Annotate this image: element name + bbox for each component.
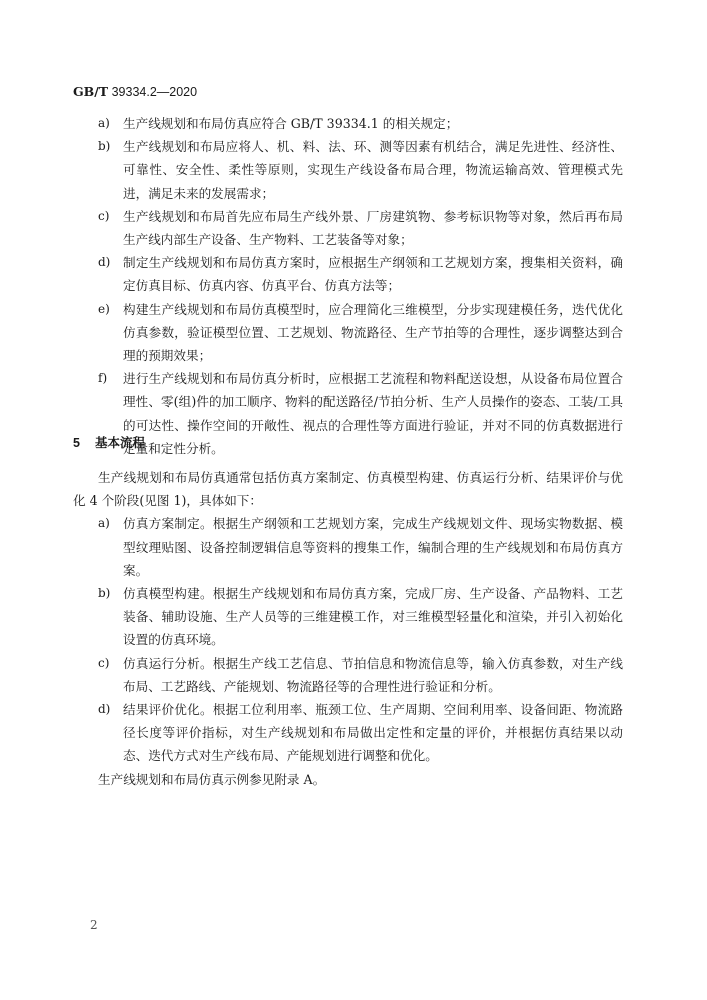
list-item: a) 仿真方案制定。根据生产纲领和工艺规划方案，完成生产线规划文件、现场实物数据… xyxy=(73,512,623,582)
list-item: d) 制定生产线规划和布局仿真方案时，应根据生产纲领和工艺规划方案，搜集相关资料… xyxy=(73,251,623,297)
list-marker: f) xyxy=(98,367,107,390)
section-heading: 5基本流程 xyxy=(73,433,145,451)
list-marker: d) xyxy=(98,251,110,274)
list-item-text: 生产线规划和布局应将人、机、料、法、环、测等因素有机结合，满足先进性、经济性、可… xyxy=(123,139,623,200)
list-item: f) 进行生产线规划和布局仿真分析时，应根据工艺流程和物料配送设想，从设备布局位… xyxy=(73,367,623,460)
requirements-list: a) 生产线规划和布局仿真应符合 GB/T 39334.1 的相关规定； b) … xyxy=(73,112,623,460)
standard-prefix: GB/T xyxy=(73,84,108,99)
intro-paragraph: 生产线规划和布局仿真通常包括仿真方案制定、仿真模型构建、仿真运行分析、结果评价与… xyxy=(73,466,623,512)
list-marker: c) xyxy=(98,205,109,228)
list-item-text: 构建生产线规划和布局仿真模型时，应合理简化三维模型，分步实现建模任务，迭代优化仿… xyxy=(123,302,623,363)
list-item-text: 仿真运行分析。根据生产线工艺信息、节拍信息和物流信息等，输入仿真参数，对生产线布… xyxy=(123,656,623,694)
list-item-text: 制定生产线规划和布局仿真方案时，应根据生产纲领和工艺规划方案，搜集相关资料，确定… xyxy=(123,255,623,293)
list-item-text: 生产线规划和布局仿真应符合 GB/T 39334.1 的相关规定； xyxy=(123,116,458,131)
section-title: 基本流程 xyxy=(95,436,145,450)
list-marker: d) xyxy=(98,698,110,721)
page-number: 2 xyxy=(90,918,98,932)
section-number: 5 xyxy=(73,436,95,450)
list-item: c) 仿真运行分析。根据生产线工艺信息、节拍信息和物流信息等，输入仿真参数，对生… xyxy=(73,652,623,698)
list-marker: b) xyxy=(98,135,110,158)
list-item-text: 仿真模型构建。根据生产线规划和布局仿真方案，完成厂房、生产设备、产品物料、工艺装… xyxy=(123,586,623,647)
list-marker: a) xyxy=(98,112,110,135)
list-item: b) 仿真模型构建。根据生产线规划和布局仿真方案，完成厂房、生产设备、产品物料、… xyxy=(73,582,623,652)
list-item: e) 构建生产线规划和布局仿真模型时，应合理简化三维模型，分步实现建模任务，迭代… xyxy=(73,298,623,368)
list-marker: e) xyxy=(98,298,110,321)
standard-number: 39334.2—2020 xyxy=(112,85,198,99)
list-item: c) 生产线规划和布局首先应布局生产线外景、厂房建筑物、参考标识物等对象，然后再… xyxy=(73,205,623,251)
section-body: 生产线规划和布局仿真通常包括仿真方案制定、仿真模型构建、仿真运行分析、结果评价与… xyxy=(73,466,623,791)
standard-header: GB/T 39334.2—2020 xyxy=(73,84,197,99)
list-marker: b) xyxy=(98,582,110,605)
list-item-text: 进行生产线规划和布局仿真分析时，应根据工艺流程和物料配送设想，从设备布局位置合理… xyxy=(123,371,623,456)
list-item-text: 结果评价优化。根据工位利用率、瓶颈工位、生产周期、空间利用率、设备间距、物流路径… xyxy=(123,702,623,763)
list-marker: a) xyxy=(98,512,110,535)
list-marker: c) xyxy=(98,652,109,675)
closing-paragraph: 生产线规划和布局仿真示例参见附录 A。 xyxy=(73,768,623,791)
list-item: a) 生产线规划和布局仿真应符合 GB/T 39334.1 的相关规定； xyxy=(73,112,623,135)
list-item: b) 生产线规划和布局应将人、机、料、法、环、测等因素有机结合，满足先进性、经济… xyxy=(73,135,623,205)
list-item-text: 生产线规划和布局首先应布局生产线外景、厂房建筑物、参考标识物等对象，然后再布局生… xyxy=(123,209,623,247)
list-item-text: 仿真方案制定。根据生产纲领和工艺规划方案，完成生产线规划文件、现场实物数据、模型… xyxy=(123,516,623,577)
list-item: d) 结果评价优化。根据工位利用率、瓶颈工位、生产周期、空间利用率、设备间距、物… xyxy=(73,698,623,768)
